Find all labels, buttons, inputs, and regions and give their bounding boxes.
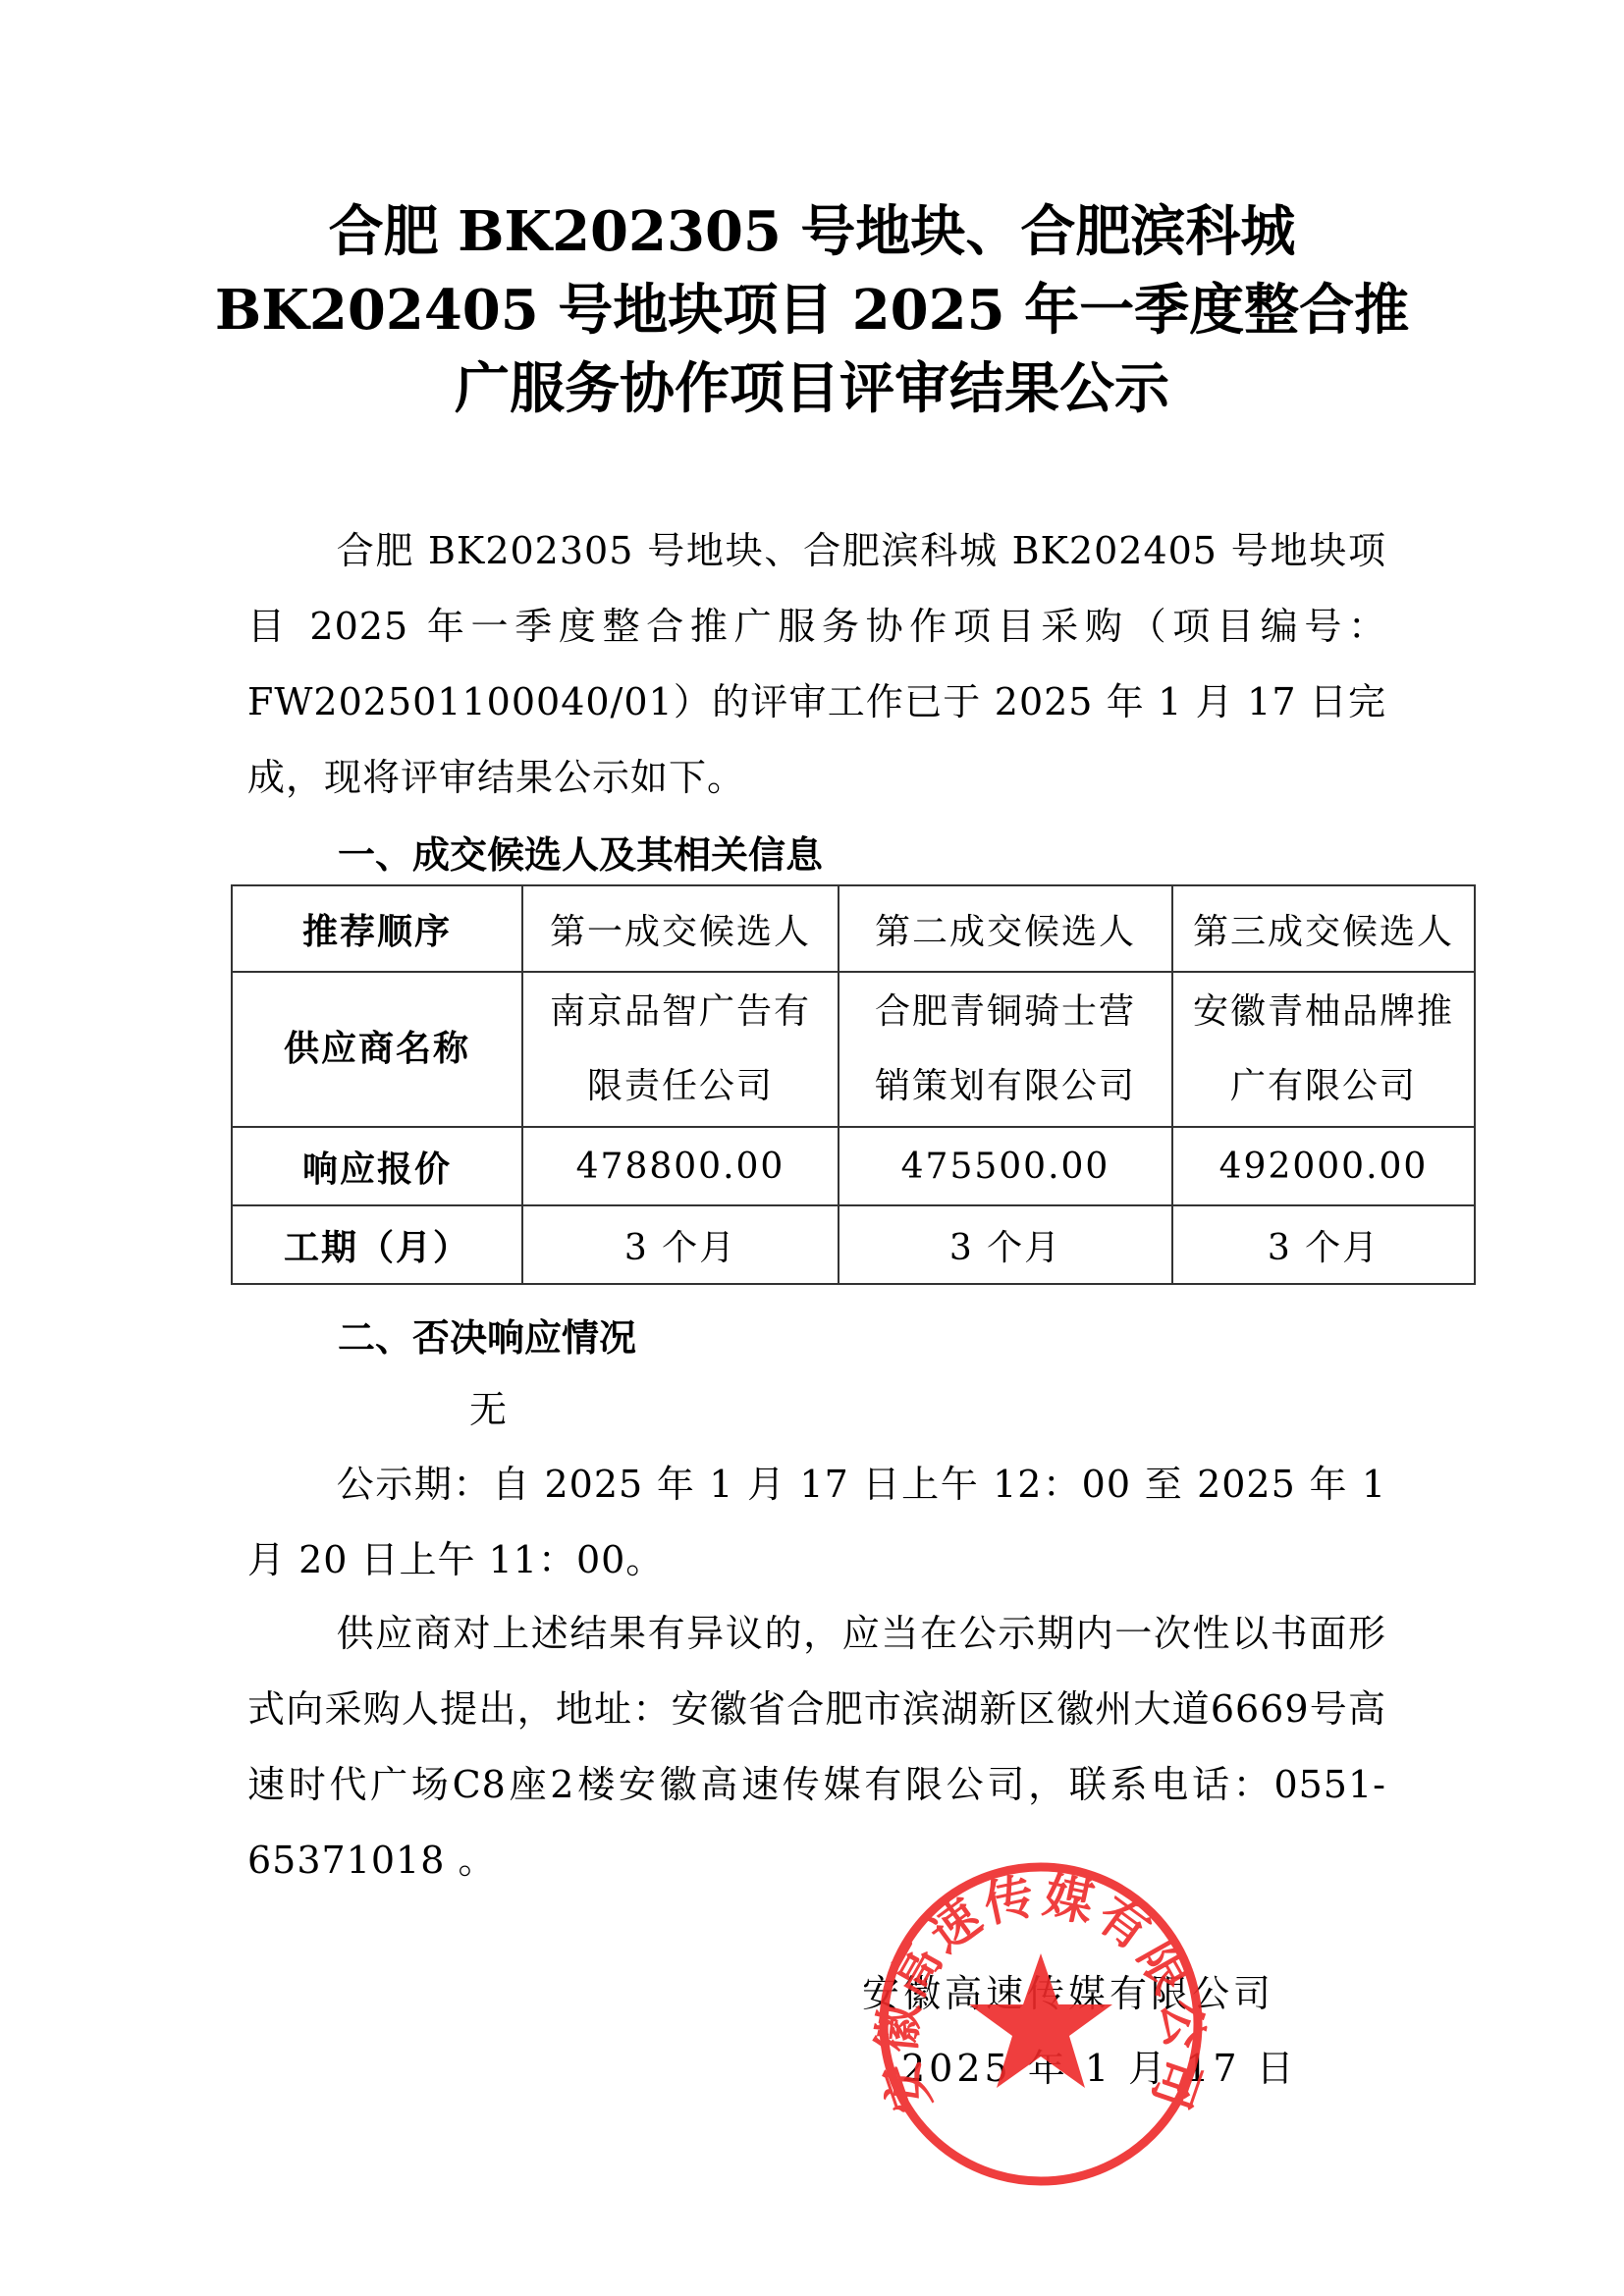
company-seal-stamp: 安徽高速传媒有限公司 [872, 1857, 1210, 2191]
table-header-row: 推荐顺序 第一成交候选人 第二成交候选人 第三成交候选人 [232, 885, 1475, 972]
title-line-1: 合肥 BK202305 号地块、合肥滨科城 [0, 192, 1624, 271]
title-line-2: BK202405 号地块项目 2025 年一季度整合推 [0, 271, 1624, 349]
price-second: 475500.00 [839, 1127, 1172, 1205]
notice-period-paragraph: 公示期：自 2025 年 1 月 17 日上午 12：00 至 2025 年 1… [247, 1447, 1386, 1598]
supplier-second-line1: 合肥青铜骑士营 [839, 975, 1171, 1049]
row-label-supplier: 供应商名称 [232, 972, 522, 1127]
row-label-duration: 工期（月） [232, 1205, 522, 1284]
duration-second: 3 个月 [839, 1205, 1172, 1284]
notice-period-text: 公示期：自 2025 年 1 月 17 日上午 12：00 至 2025 年 1… [247, 1463, 1386, 1581]
intro-paragraph: 合肥 BK202305 号地块、合肥滨科城 BK202405 号地块项目 202… [247, 513, 1386, 816]
price-first: 478800.00 [522, 1127, 839, 1205]
table-row-duration: 工期（月） 3 个月 3 个月 3 个月 [232, 1205, 1475, 1284]
supplier-first-line2: 限责任公司 [523, 1049, 838, 1124]
star-icon [969, 1953, 1112, 2088]
supplier-second: 合肥青铜骑士营 销策划有限公司 [839, 972, 1172, 1127]
objection-text: 供应商对上述结果有异议的，应当在公示期内一次性以书面形式向采购人提出，地址：安徽… [247, 1612, 1386, 1882]
header-third-candidate: 第三成交候选人 [1172, 885, 1475, 972]
intro-text: 合肥 BK202305 号地块、合肥滨科城 BK202405 号地块项目 202… [247, 529, 1386, 799]
document-title: 合肥 BK202305 号地块、合肥滨科城 BK202405 号地块项目 202… [0, 192, 1624, 428]
duration-third: 3 个月 [1172, 1205, 1475, 1284]
supplier-first-line1: 南京品智广告有 [523, 975, 838, 1049]
table-row-supplier: 供应商名称 南京品智广告有 限责任公司 合肥青铜骑士营 销策划有限公司 安徽青柚… [232, 972, 1475, 1127]
supplier-third: 安徽青柚品牌推 广有限公司 [1172, 972, 1475, 1127]
supplier-third-line1: 安徽青柚品牌推 [1173, 975, 1474, 1049]
candidates-table: 推荐顺序 第一成交候选人 第二成交候选人 第三成交候选人 供应商名称 南京品智广… [231, 884, 1476, 1285]
table-row-price: 响应报价 478800.00 475500.00 492000.00 [232, 1127, 1475, 1205]
supplier-second-line2: 销策划有限公司 [839, 1049, 1171, 1124]
objection-paragraph: 供应商对上述结果有异议的，应当在公示期内一次性以书面形式向采购人提出，地址：安徽… [247, 1596, 1386, 1898]
section2-heading: 二、否决响应情况 [338, 1308, 636, 1362]
duration-first: 3 个月 [522, 1205, 839, 1284]
header-second-candidate: 第二成交候选人 [839, 885, 1172, 972]
title-line-3: 广服务协作项目评审结果公示 [0, 349, 1624, 428]
row-label-price: 响应报价 [232, 1127, 522, 1205]
section1-heading: 一、成交候选人及其相关信息 [338, 825, 823, 879]
supplier-third-line2: 广有限公司 [1173, 1049, 1474, 1124]
price-third: 492000.00 [1172, 1127, 1475, 1205]
header-rank-order: 推荐顺序 [232, 885, 522, 972]
supplier-first: 南京品智广告有 限责任公司 [522, 972, 839, 1127]
header-first-candidate: 第一成交候选人 [522, 885, 839, 972]
section2-content: 无 [469, 1372, 666, 1448]
